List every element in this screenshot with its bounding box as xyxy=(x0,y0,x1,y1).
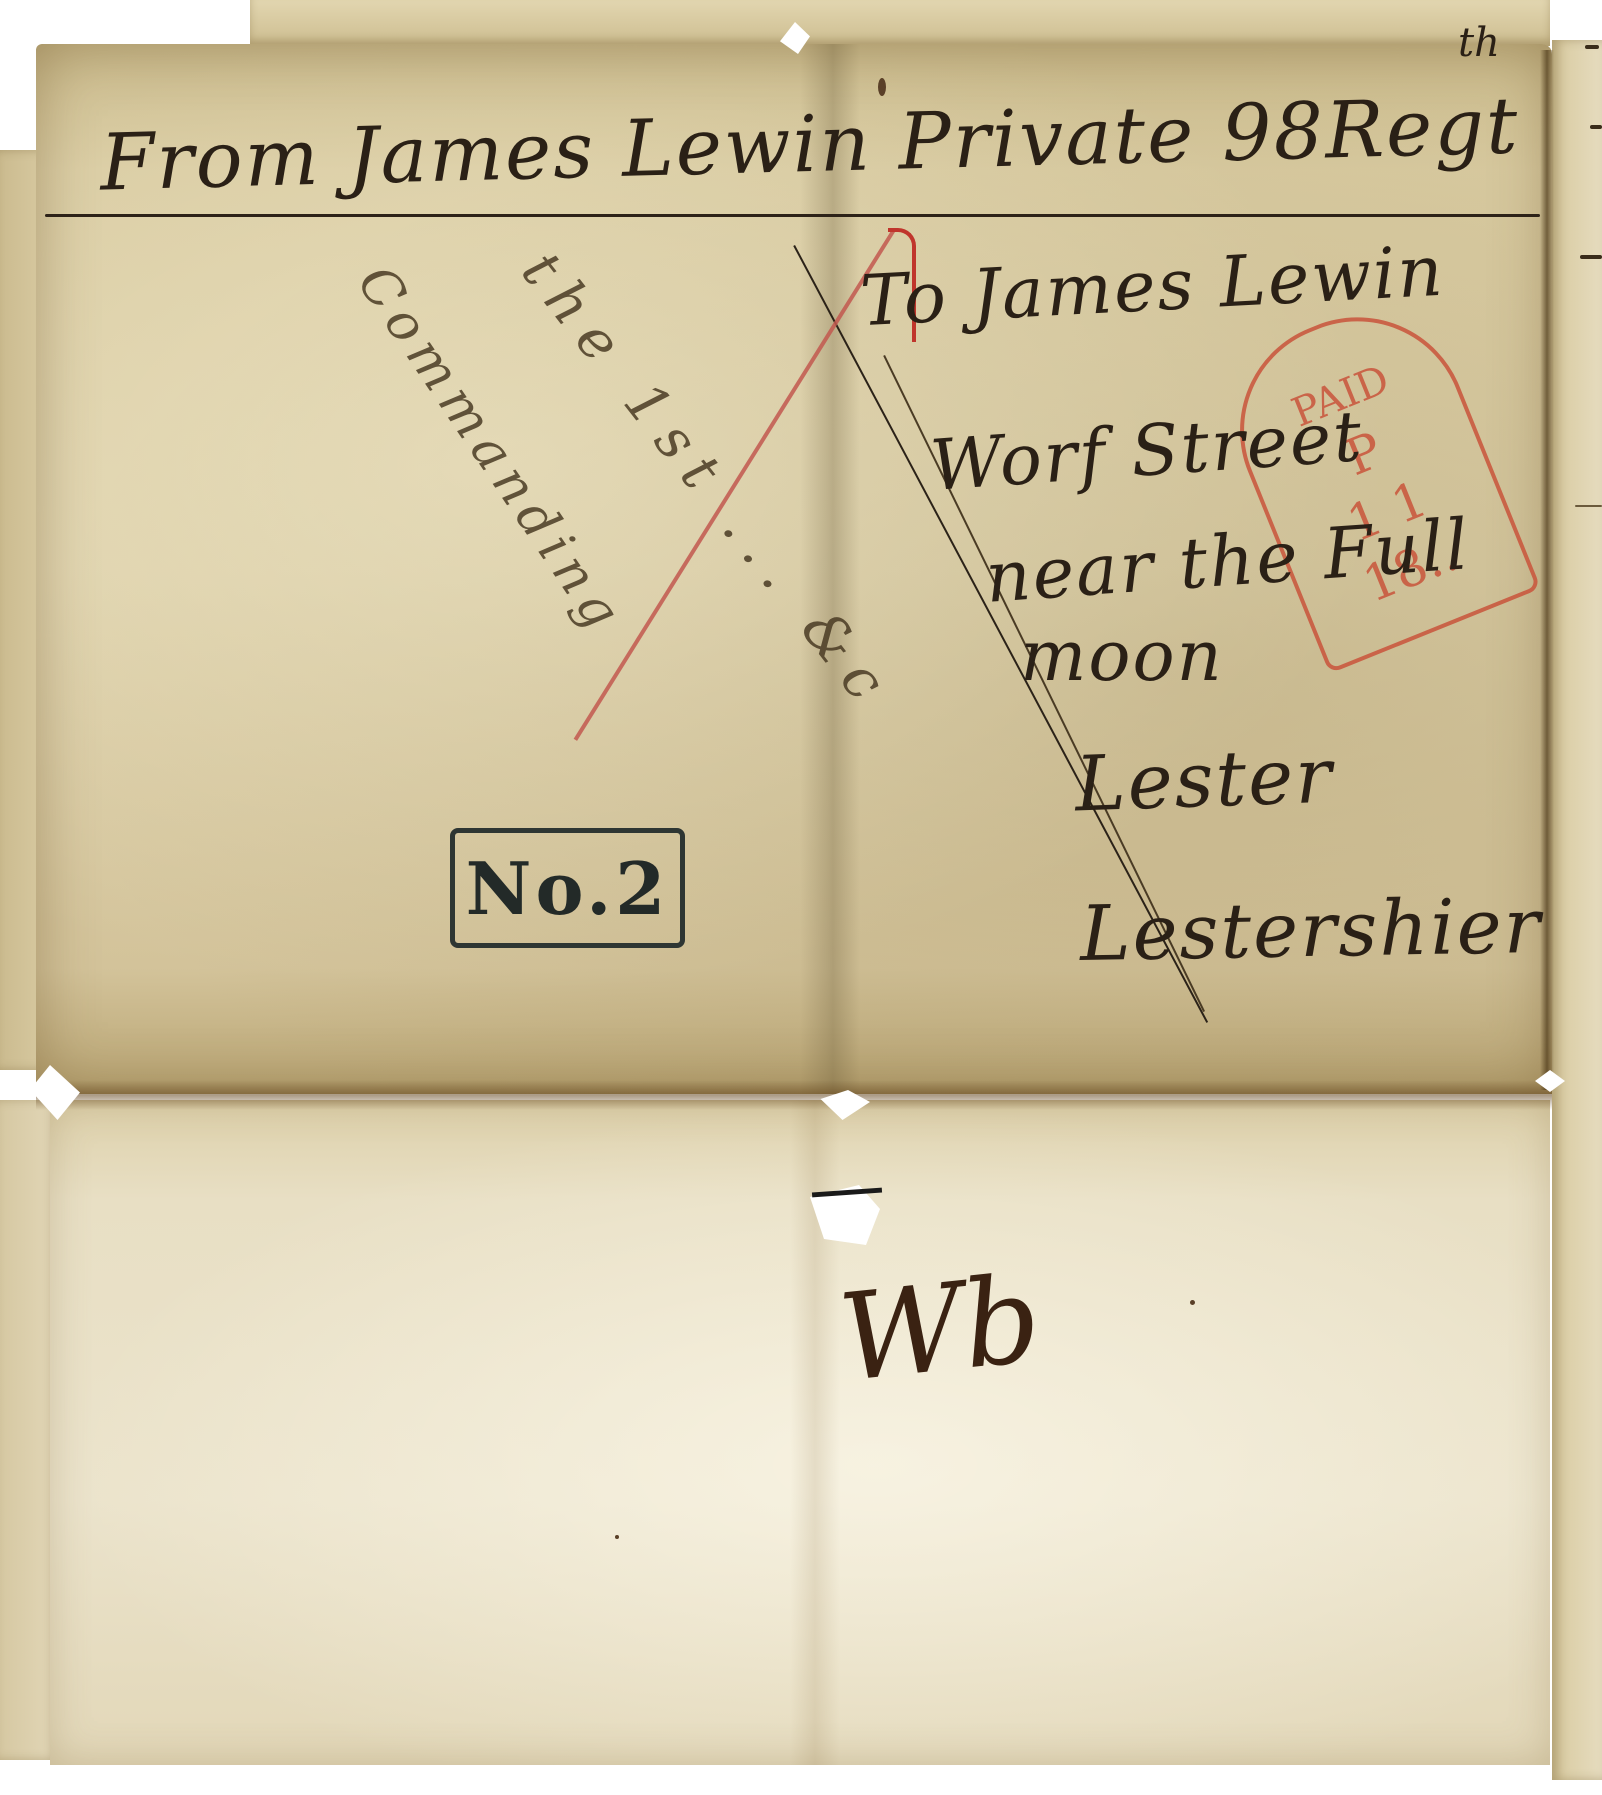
address-landmark-cont: moon xyxy=(1020,615,1224,697)
adjacent-page-ink-mark xyxy=(1575,505,1602,507)
lower-scribble: Wb xyxy=(833,1250,1047,1409)
header-rule xyxy=(45,214,1540,217)
foxing-spot xyxy=(615,1535,619,1539)
letter-cover: From James Lewin Private 98Regt th Comma… xyxy=(0,0,1602,1795)
address-county: Lestershier xyxy=(1079,881,1542,978)
adjacent-page-ink-mark xyxy=(1585,45,1599,49)
sender-suffix: Regt xyxy=(1324,81,1520,176)
ordinal-superscript: th xyxy=(1458,20,1500,66)
horizontal-fold-crease xyxy=(36,1080,1552,1110)
number-stamp: No.2 xyxy=(450,828,685,948)
right-adjacent-page xyxy=(1552,40,1602,1780)
adjacent-page-ink-mark xyxy=(1590,125,1602,129)
address-town: Lester xyxy=(1074,731,1335,829)
foxing-spot xyxy=(1190,1300,1195,1305)
adjacent-page-ink-mark xyxy=(1580,255,1602,259)
ink-blot xyxy=(878,78,886,96)
top-flap xyxy=(250,0,1550,46)
